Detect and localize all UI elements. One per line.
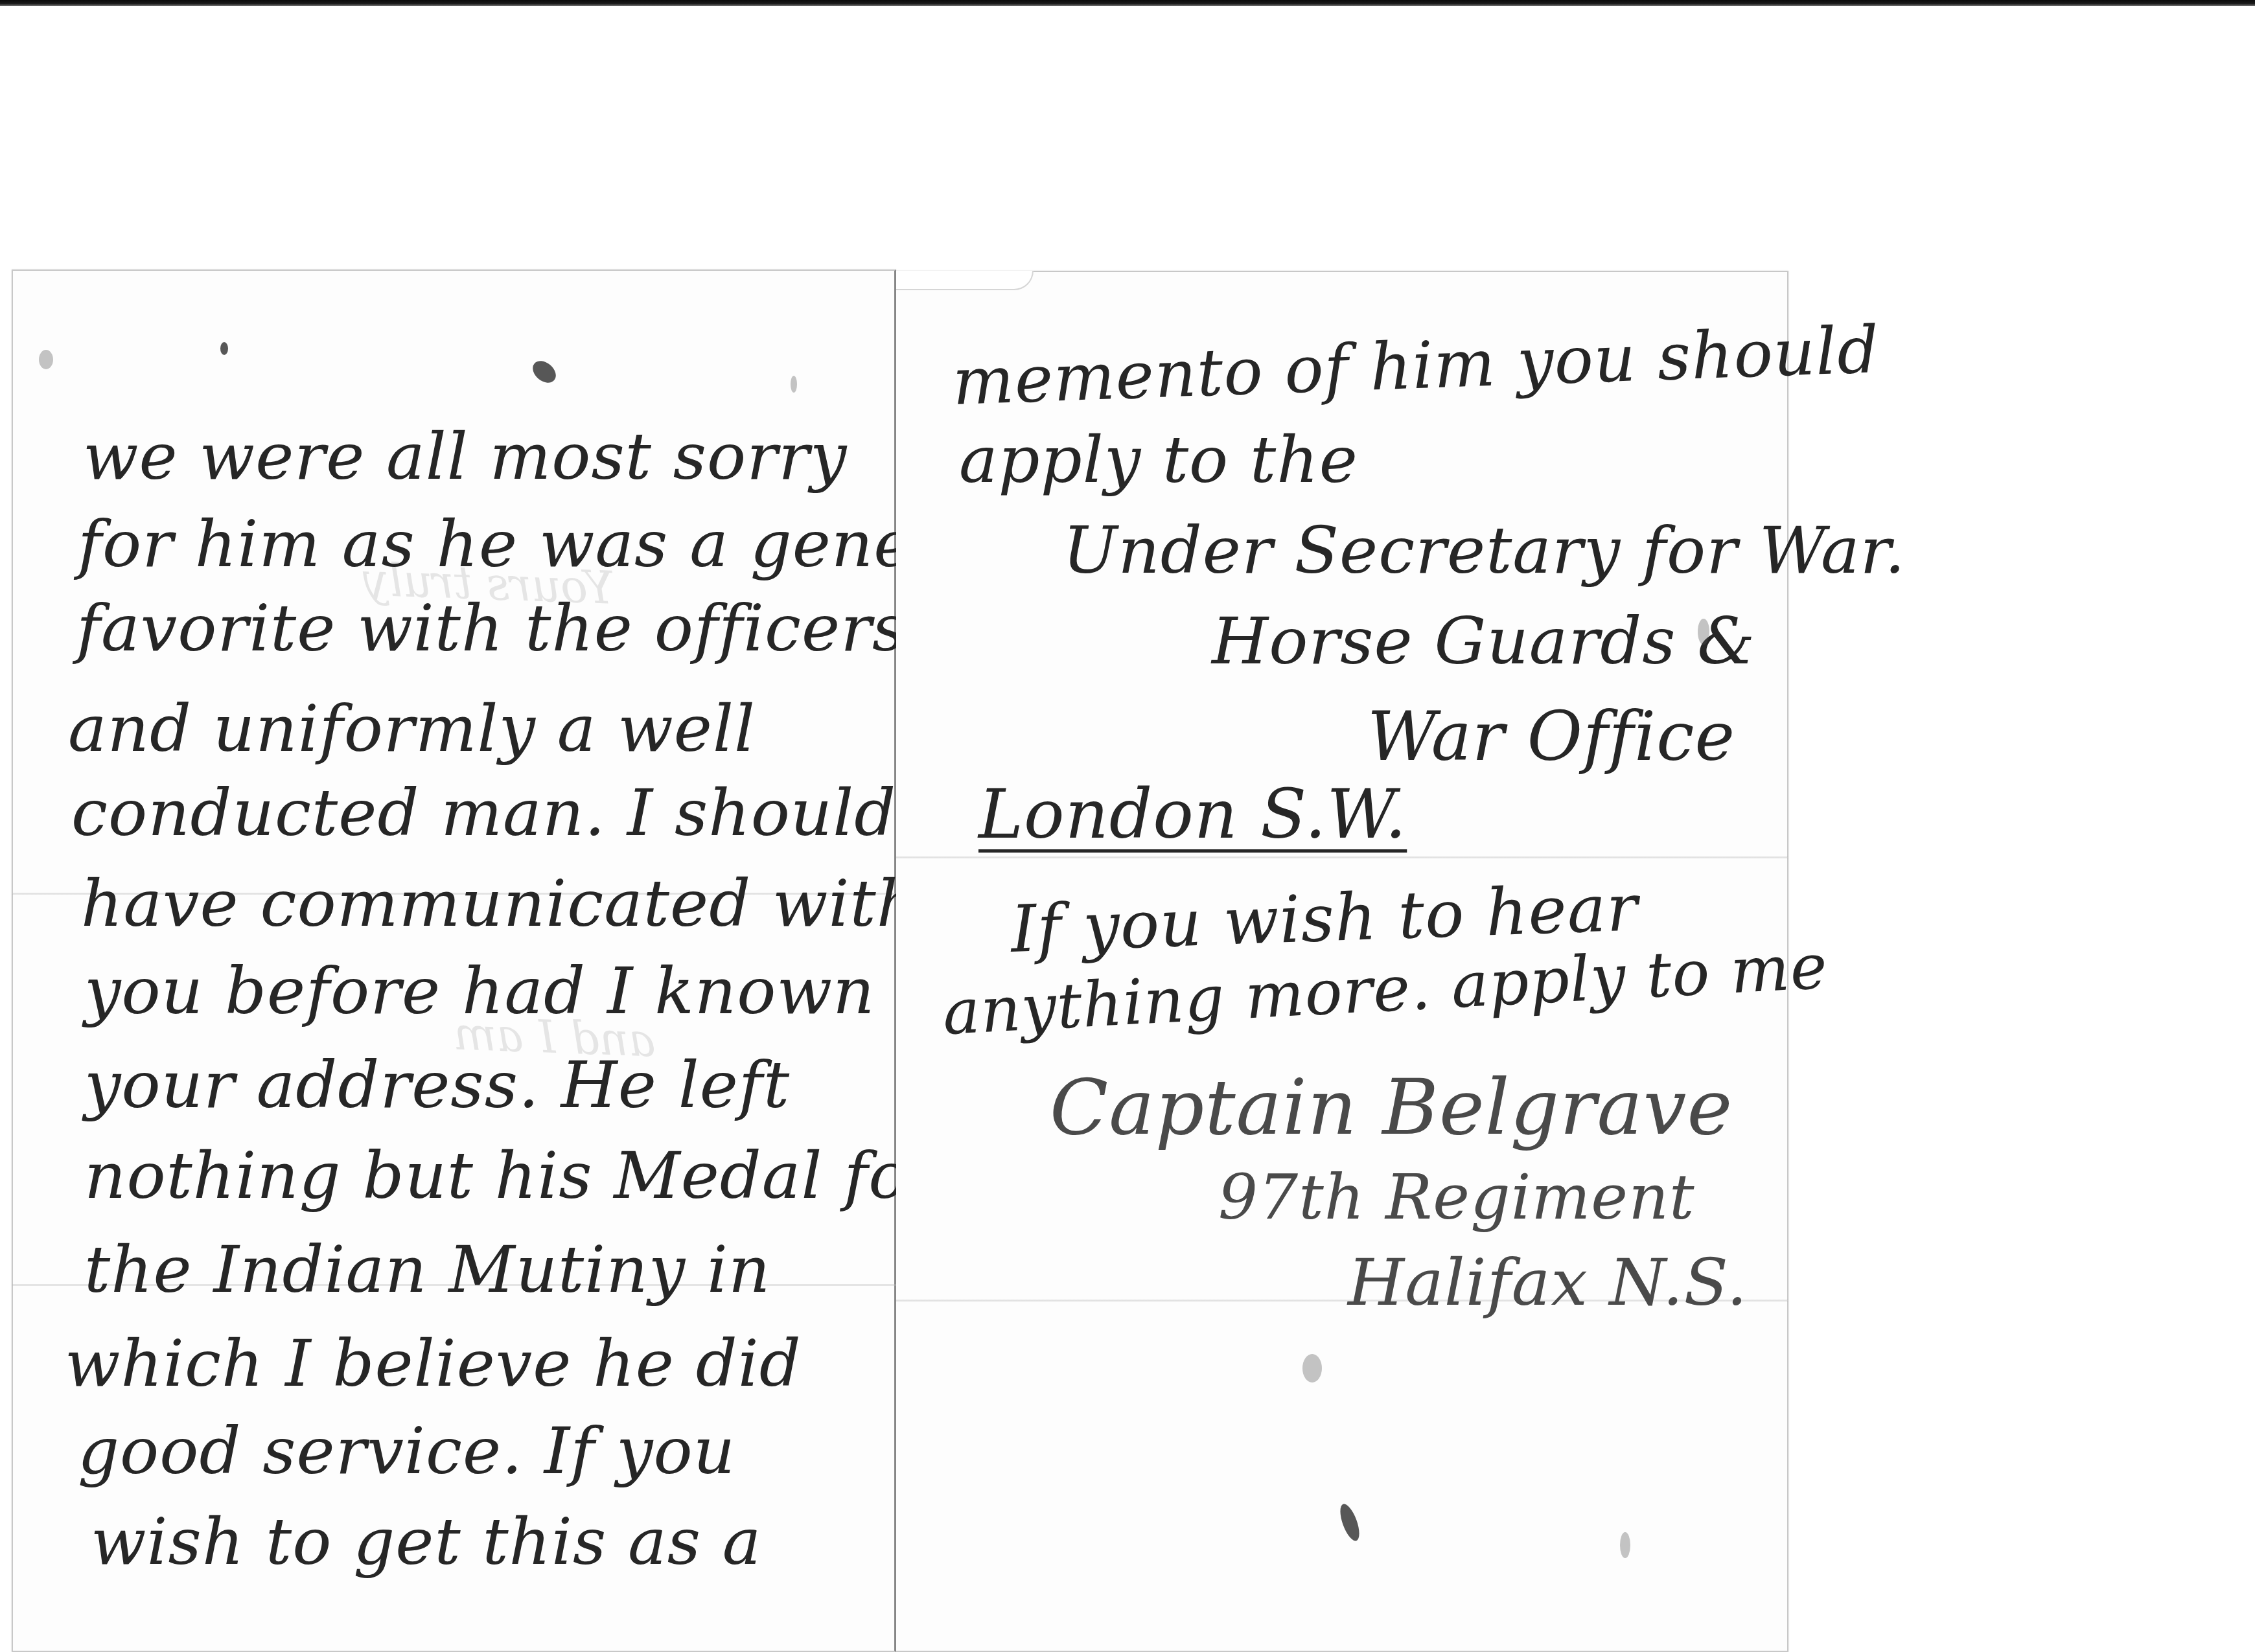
letter-line: and uniformly a well (68, 696, 756, 761)
letter-line: wish to get this as a (91, 1509, 761, 1574)
fold-crease (896, 856, 1788, 858)
letter-line: good service. If you (78, 1419, 735, 1484)
letter-line: which I believe he did (65, 1331, 802, 1396)
letter-line: conducted man. I should (71, 781, 896, 845)
signature-regiment: 97th Regiment (1218, 1166, 1695, 1228)
ink-smudge (1698, 619, 1709, 645)
ink-speck (1302, 1354, 1322, 1382)
letter-line: Under Secretary for War. (1063, 518, 1906, 583)
letter-line: for him as he was a general (78, 512, 1005, 577)
letter-line: Horse Guards & (1212, 609, 1755, 674)
ink-speck (791, 376, 797, 393)
letter-line: your address. He left (84, 1053, 790, 1118)
letter-line: you before had I known (84, 959, 875, 1024)
letter-line: have communicated with (81, 871, 919, 936)
letter-line: apply to the (959, 428, 1358, 492)
ink-dot (220, 342, 228, 355)
paper-tab-notch (896, 271, 1034, 290)
signature-location: Halifax N.S. (1348, 1250, 1748, 1315)
letter-line: nothing but his Medal for (84, 1143, 940, 1208)
ink-speck (1620, 1532, 1630, 1558)
ink-smudge (39, 350, 53, 369)
letter-line: War Office (1367, 703, 1735, 770)
letter-line: favorite with the officers. (76, 596, 927, 661)
signature-name: Captain Belgrave (1050, 1069, 1733, 1145)
letter-line: the Indian Mutiny in (84, 1237, 770, 1302)
scanner-edge (0, 0, 2255, 6)
letter-line-address-city: London S.W. (978, 781, 1407, 848)
letter-line: we were all most sorry (83, 424, 847, 489)
